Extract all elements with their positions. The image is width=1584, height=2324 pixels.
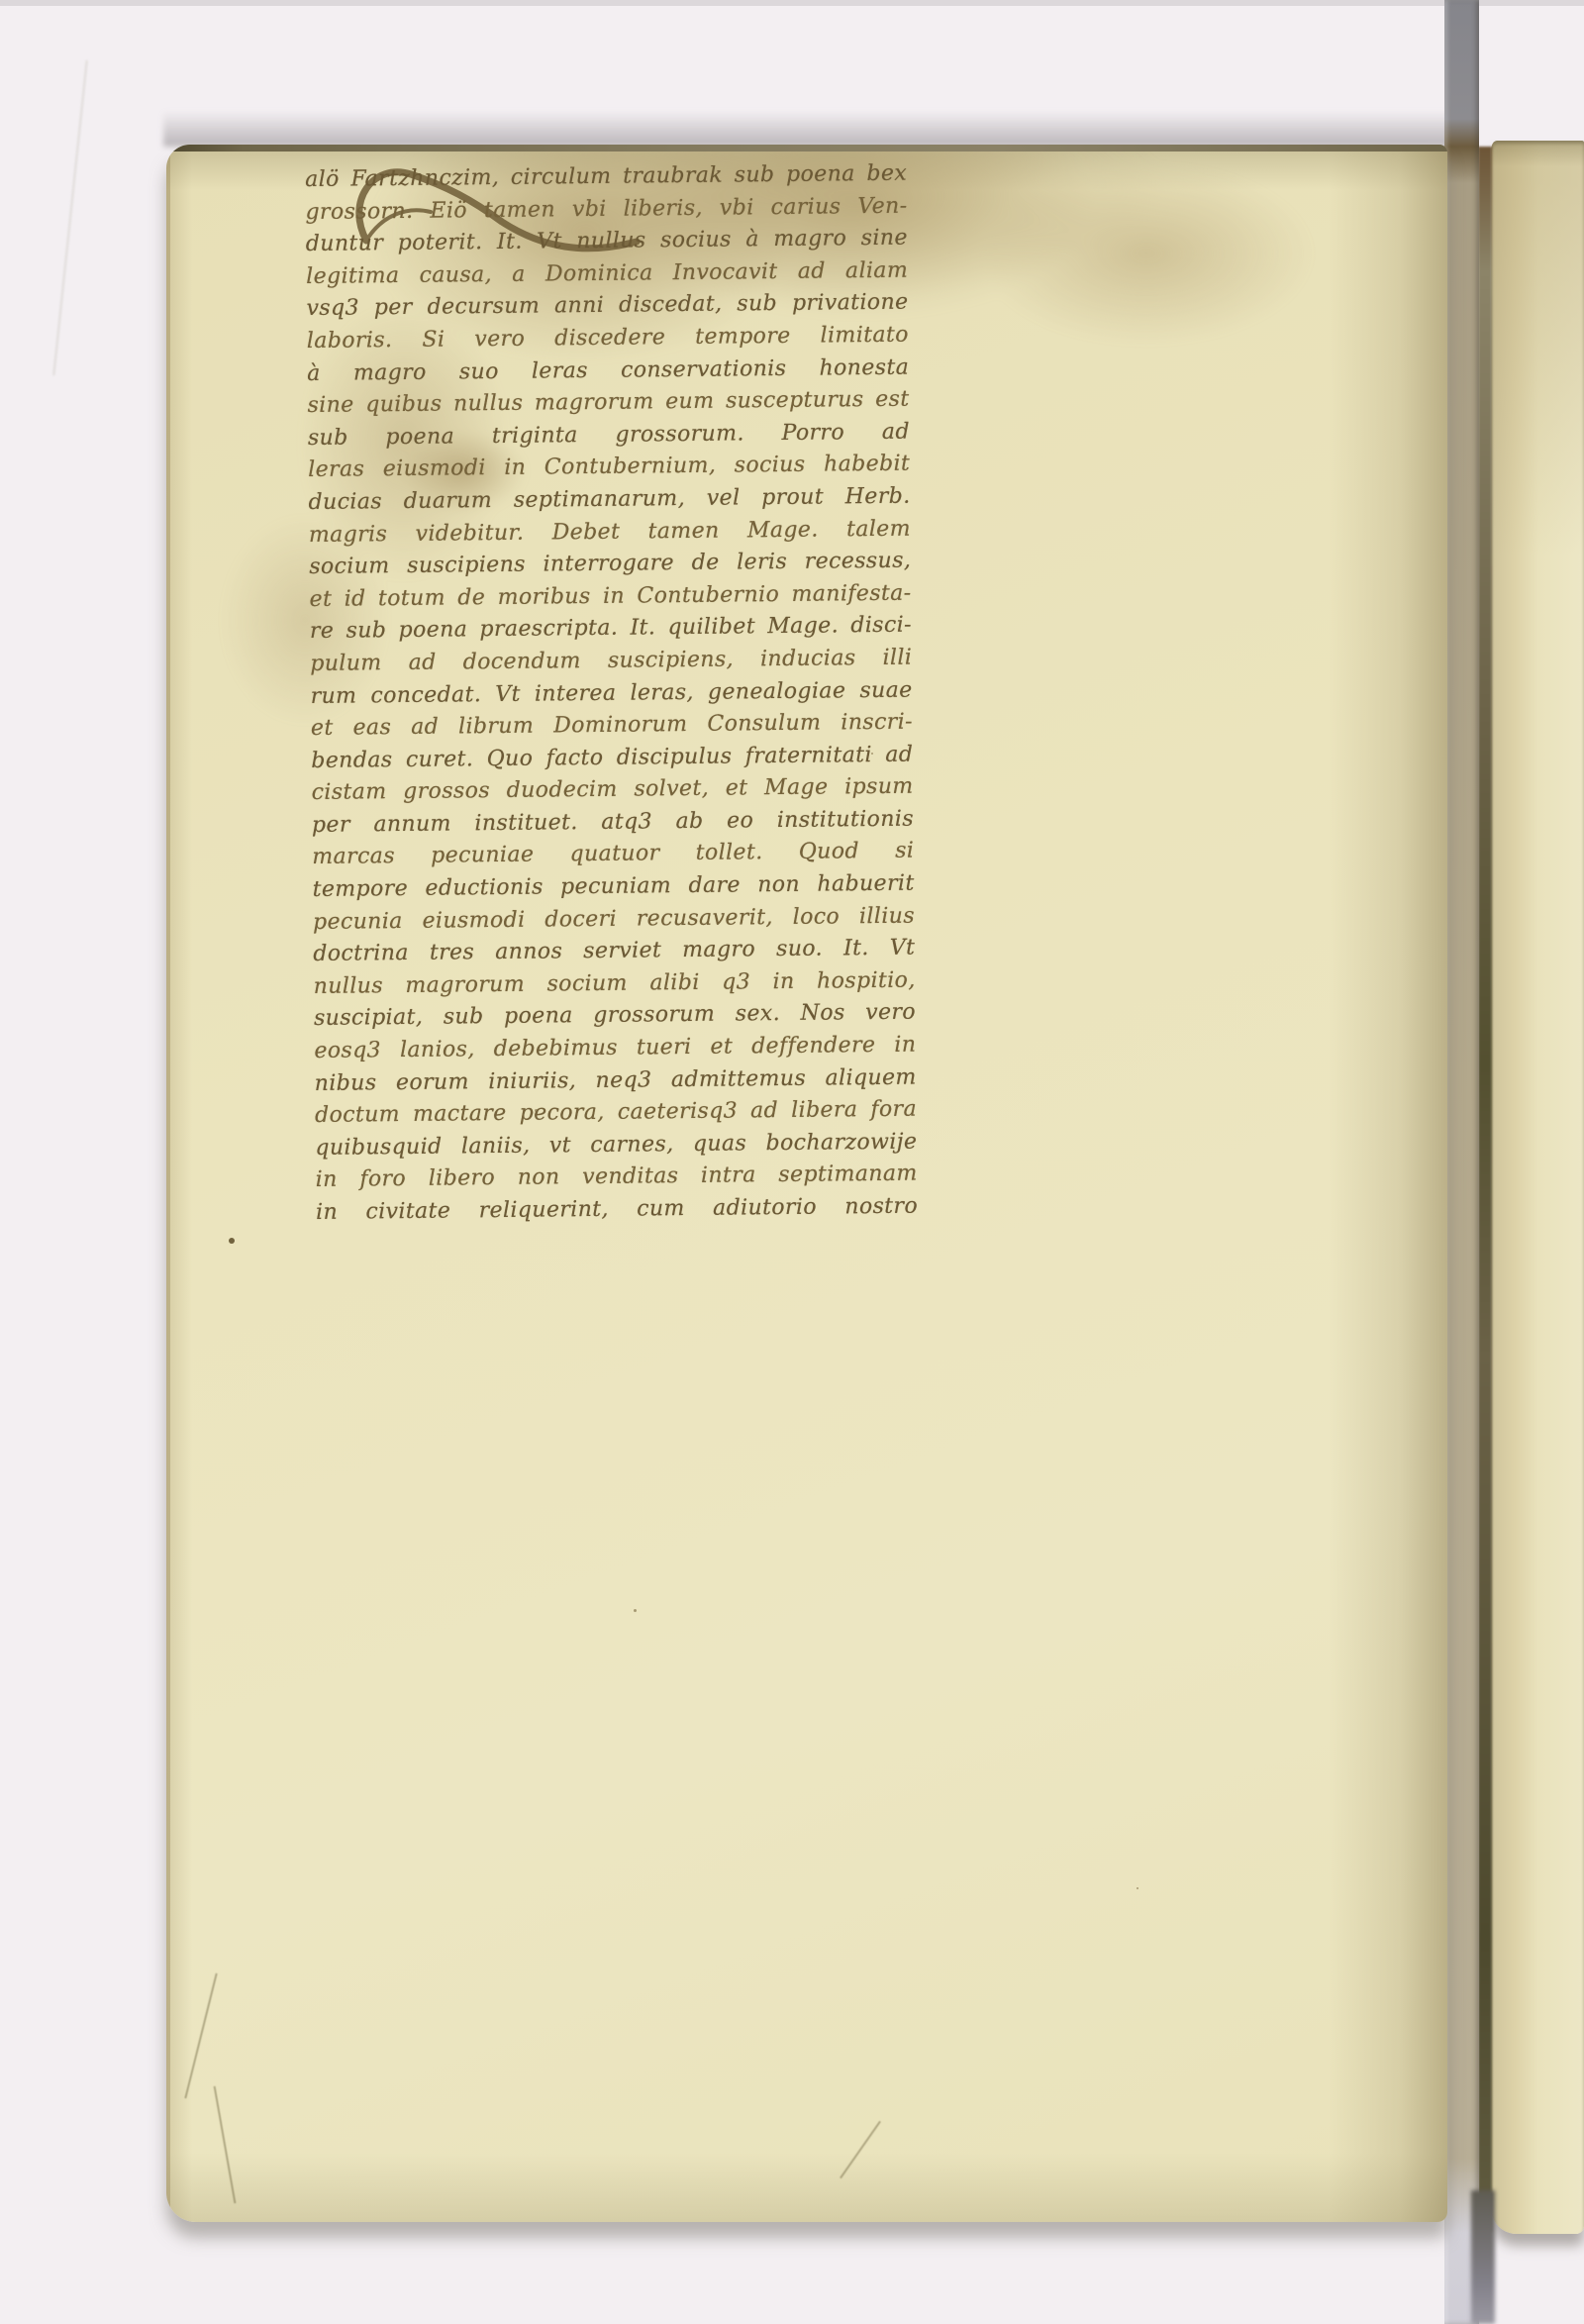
corner-damage-crease <box>184 1973 217 2099</box>
page-top-edge <box>166 145 1447 152</box>
corner-damage-crease <box>214 2086 237 2204</box>
manuscript-photo: alö Fartzhnczim, circulum traubrak sub p… <box>0 0 1584 2324</box>
manuscript-page: alö Fartzhnczim, circulum traubrak sub p… <box>166 145 1447 2222</box>
book-clamp-strip <box>1444 0 1479 2324</box>
book-gutter-crease <box>1478 147 1492 2232</box>
paper-speck <box>535 1109 538 1112</box>
facing-page-edge <box>1491 141 1584 2234</box>
ink-dot <box>229 1238 235 1244</box>
gutter-bottom-shadow <box>1471 2190 1495 2324</box>
paper-speck <box>634 1609 637 1612</box>
scan-edge <box>0 0 1584 6</box>
paper-speck <box>871 753 873 755</box>
manuscript-line: in civitate reliquerint, cum adiutorio n… <box>316 1191 918 1230</box>
page-left-rim <box>166 151 170 2222</box>
paper-speck <box>1137 1887 1138 1889</box>
page-top-shadow <box>163 111 1450 147</box>
corner-damage-crease <box>840 2121 881 2178</box>
background-fold-line <box>52 60 87 375</box>
handwritten-text: alö Fartzhnczim, circulum traubrak sub p… <box>305 158 918 1230</box>
